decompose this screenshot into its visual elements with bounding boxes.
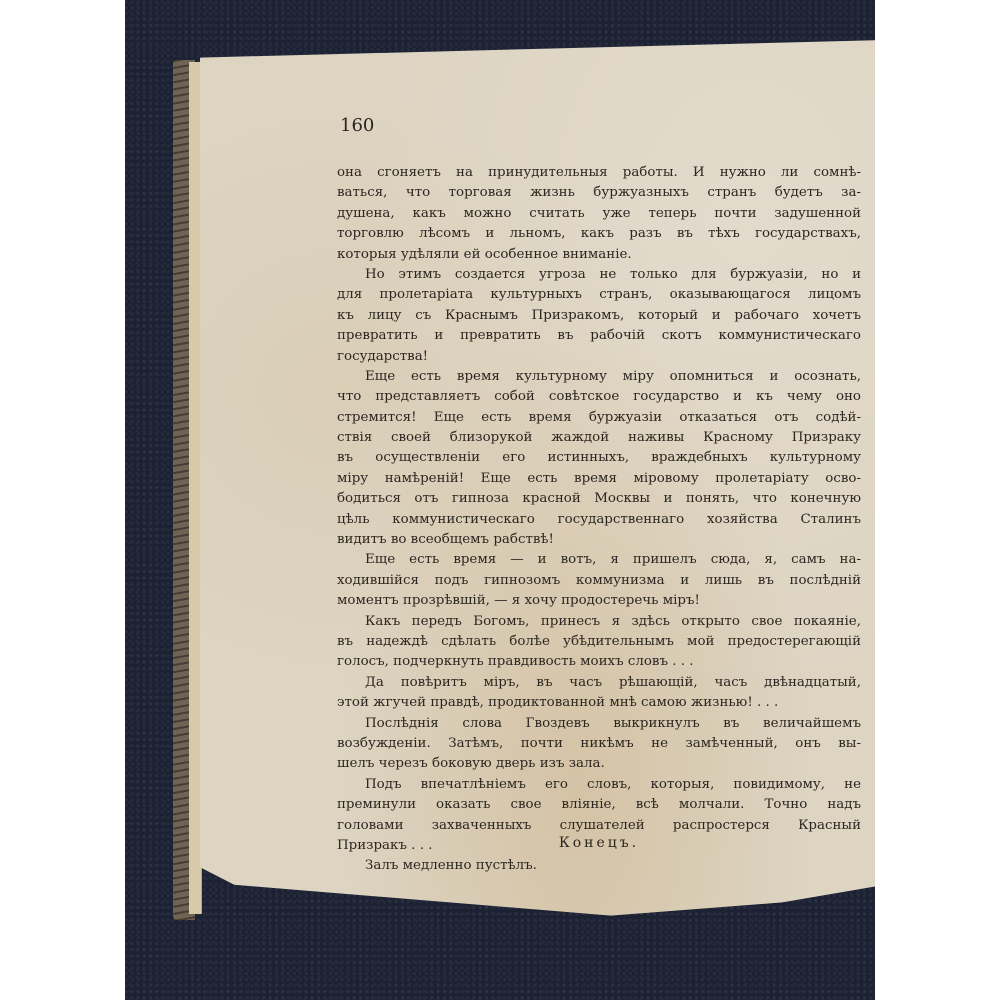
- text-line: цѣль коммунистическаго государственнаго …: [337, 510, 861, 530]
- text-line: Послѣднія слова Гвоздевъ выкрикнулъ въ в…: [337, 714, 861, 734]
- text-line: Еще есть время культурному міру опомнить…: [337, 367, 861, 387]
- text-line: Да повѣритъ міръ, въ часъ рѣшающій, часъ…: [337, 673, 861, 693]
- text-line: въ осуществленіи его истинныхъ, враждебн…: [337, 448, 861, 468]
- text-line: Какъ передъ Богомъ, принесъ я здѣсь откр…: [337, 612, 861, 632]
- text-line: что представляетъ собой совѣтское госуда…: [337, 387, 861, 407]
- text-line: шелъ черезъ боковую дверь изъ зала.: [337, 754, 861, 774]
- text-line: Залъ медленно пустѣлъ.: [337, 856, 861, 876]
- text-line: стремится! Еще есть время буржуазіи отка…: [337, 408, 861, 428]
- text-line: душена, какъ можно считать уже теперь по…: [337, 204, 861, 224]
- text-line: для пролетаріата культурныхъ странъ, ока…: [337, 285, 861, 305]
- text-line: этой жгучей правдѣ, продиктованной мнѣ с…: [337, 693, 861, 713]
- text-line: она сгоняетъ на принудительныя работы. И…: [337, 163, 861, 183]
- text-line: которыя удѣляли ей особенное вниманіе.: [337, 245, 861, 265]
- book-photo: 160 она сгоняетъ на принудительныя работ…: [125, 0, 875, 1000]
- text-line: преминули оказать свое вліяніе, всѣ молч…: [337, 795, 861, 815]
- text-line: видитъ во всеобщемъ рабствѣ!: [337, 530, 861, 550]
- text-line: государства!: [337, 347, 861, 367]
- ending-text: Конецъ.: [337, 835, 861, 851]
- page-number: 160: [340, 115, 374, 136]
- text-line: ваться, что торговая жизнь буржуазныхъ с…: [337, 183, 861, 203]
- text-line: Но этимъ создается угроза не только для …: [337, 265, 861, 285]
- text-line: въ надеждѣ сдѣлать болѣе убѣдительнымъ м…: [337, 632, 861, 652]
- text-line: міру намѣреній! Еще есть время міровому …: [337, 469, 861, 489]
- text-line: Еще есть время — и вотъ, я пришелъ сюда,…: [337, 550, 861, 570]
- text-line: торговлю лѣсомъ и льномъ, какъ разъ въ т…: [337, 224, 861, 244]
- text-line: бодиться отъ гипноза красной Москвы и по…: [337, 489, 861, 509]
- text-line: возбужденіи. Затѣмъ, почти никѣмъ не зам…: [337, 734, 861, 754]
- left-page: 160 она сгоняетъ на принудительныя работ…: [200, 40, 875, 920]
- text-line: Подъ впечатлѣніемъ его словъ, которыя, п…: [337, 775, 861, 795]
- text-line: головами захваченныхъ слушателей распрос…: [337, 816, 861, 836]
- text-line: ствія своей близорукой жаждой наживы Кра…: [337, 428, 861, 448]
- text-line: ходившійся подъ гипнозомъ коммунизма и л…: [337, 571, 861, 591]
- text-line: голосъ, подчеркнуть правдивость моихъ сл…: [337, 652, 861, 672]
- page-text: она сгоняетъ на принудительныя работы. И…: [337, 163, 861, 877]
- text-line: превратить и превратить въ рабочій скотъ…: [337, 326, 861, 346]
- text-line: моментъ прозрѣвшій, — я хочу продостереч…: [337, 591, 861, 611]
- text-line: къ лицу съ Краснымъ Призракомъ, который …: [337, 306, 861, 326]
